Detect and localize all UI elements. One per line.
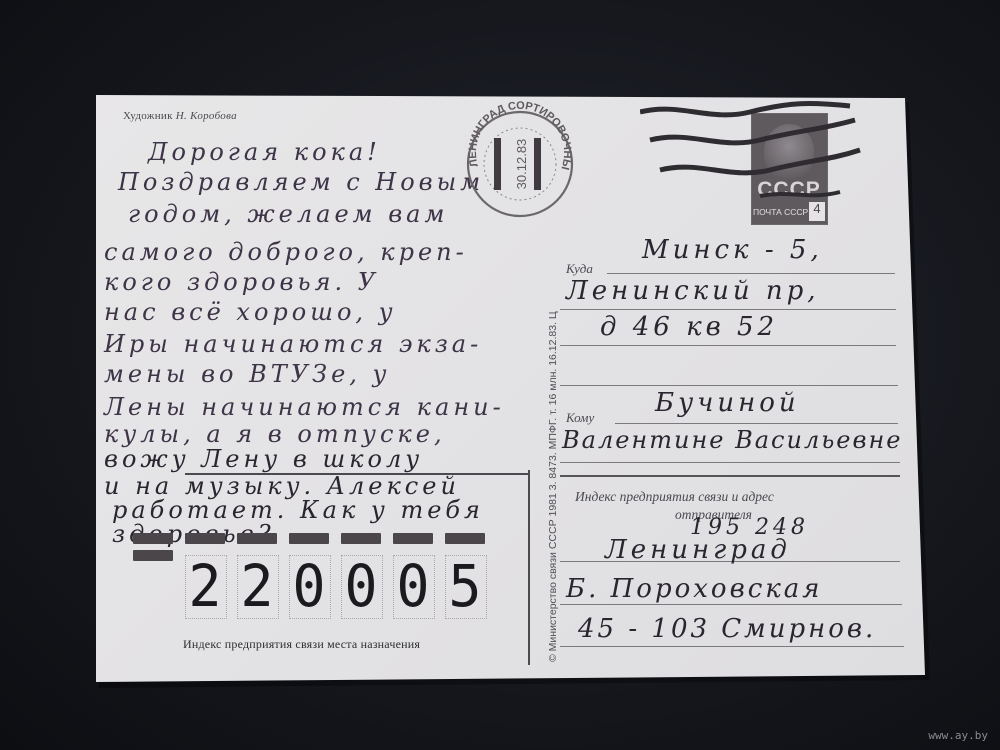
index-frame-top-rule: [185, 473, 530, 475]
destination-index-caption: Индекс предприятия связи места назначени…: [183, 637, 420, 652]
recipient-name-line: Бучиной: [655, 388, 800, 418]
address-rule: [560, 309, 896, 310]
message-line: мены во ВТУЗе, у: [104, 360, 390, 388]
recipient-address-line: д 46 кв 52: [600, 312, 778, 342]
message-line: Дорогая кока!: [148, 138, 381, 166]
index-digit: 0: [290, 555, 328, 617]
recipient-name-line: Валентине Васильевне: [562, 426, 902, 454]
cancellation-wave-icon: [640, 100, 870, 210]
message-line: годом, желаем вам: [128, 200, 448, 228]
recipient-address-line: Минск - 5,: [642, 235, 823, 265]
guide-bar: [393, 533, 433, 544]
guide-bar: [133, 533, 173, 544]
message-line: Иры начинаются экза-: [104, 330, 482, 358]
whom-label: Кому: [566, 410, 594, 426]
card-divider-rule: [528, 470, 530, 665]
index-digit: 2: [238, 555, 276, 617]
guide-bar: [237, 533, 277, 544]
sender-line: Ленинград: [605, 535, 791, 565]
message-line: Поздравляем с Новым: [118, 168, 484, 196]
guide-bar: [133, 550, 173, 561]
message-line: самого доброго, креп-: [104, 238, 468, 266]
watermark: www.ay.by: [928, 729, 988, 742]
message-line: вожу Лену в школу: [104, 445, 423, 473]
address-rule: [560, 604, 902, 605]
address-rule: [560, 646, 904, 647]
recipient-address-line: Ленинский пр,: [566, 276, 820, 306]
index-digit: 0: [394, 555, 432, 617]
address-rule: [607, 273, 895, 274]
postmark-icon: ЛЕНИНГРАД СОРТИРОВОЧНЫЙ 30.12.83: [460, 98, 580, 228]
message-line: кого здоровья. У: [104, 268, 379, 296]
artist-credit: Художник Н. Коробова: [123, 110, 237, 122]
svg-text:30.12.83: 30.12.83: [514, 139, 529, 190]
publisher-imprint: © Министерство связи СССР 1981 3. 8473. …: [547, 311, 559, 662]
index-digit: 0: [342, 555, 380, 617]
guide-bar: [341, 533, 381, 544]
address-rule: [560, 385, 898, 386]
sender-line: 45 - 103 Смирнов.: [578, 614, 876, 644]
guide-bar: [445, 533, 485, 544]
sender-line: Б. Пороховская: [566, 574, 823, 604]
address-rule: [560, 345, 896, 346]
message-line: кулы, а я в отпуске,: [104, 420, 446, 448]
sender-label: Индекс предприятия связи и адрес: [575, 489, 774, 505]
address-rule: [560, 462, 900, 463]
address-rule: [615, 423, 898, 424]
guide-bar: [185, 533, 225, 544]
message-line: нас всё хорошо, у: [104, 298, 397, 326]
message-line: Лены начинаются кани-: [104, 393, 505, 421]
to-label: Куда: [566, 261, 593, 277]
index-digit: 5: [446, 555, 484, 617]
section-rule: [560, 475, 900, 477]
index-digit: 2: [186, 555, 224, 617]
guide-bar: [289, 533, 329, 544]
